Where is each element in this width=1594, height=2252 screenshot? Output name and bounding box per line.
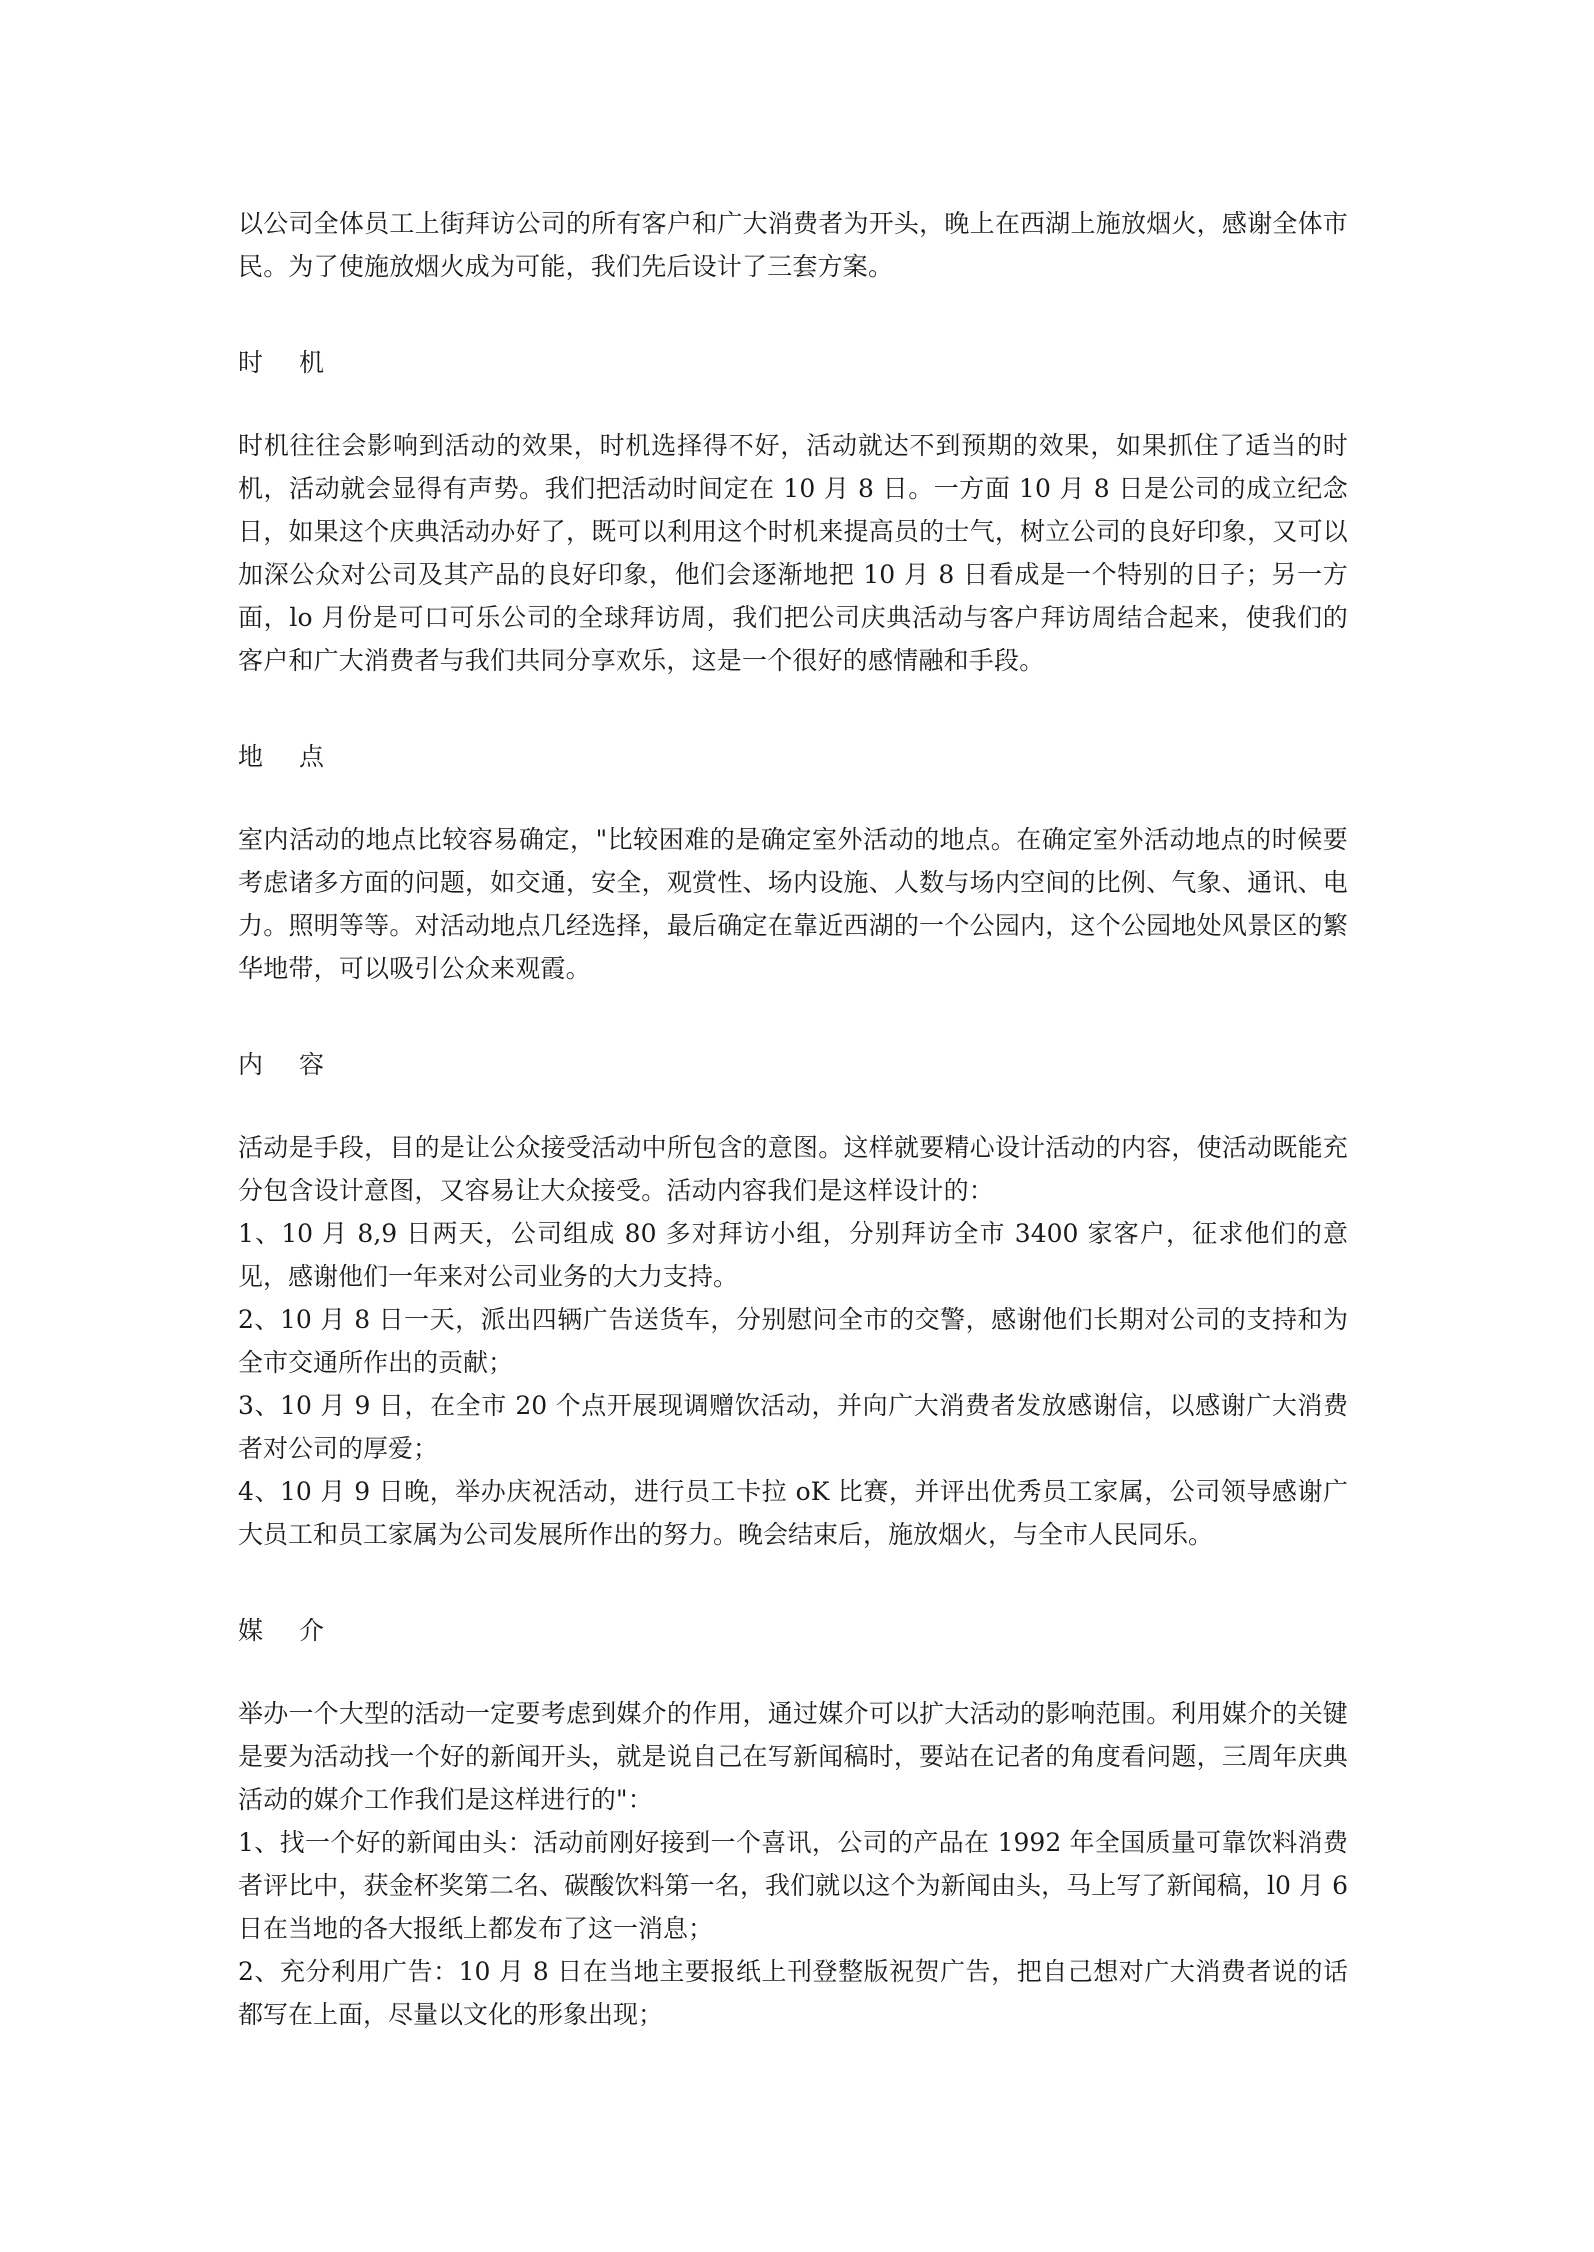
- section-heading: 时 机: [238, 341, 1348, 384]
- section-paragraph: 时机往往会影响到活动的效果，时机选择得不好，活动就达不到预期的效果，如果抓住了适…: [238, 424, 1348, 682]
- list-item: 2、充分利用广告：10 月 8 日在当地主要报纸上刊登整版祝贺广告，把自己想对广…: [238, 1950, 1348, 2036]
- section-paragraph: 活动是手段，目的是让公众接受活动中所包含的意图。这样就要精心设计活动的内容，使活…: [238, 1126, 1348, 1212]
- list-item: 4、10 月 9 日晚，举办庆祝活动，进行员工卡拉 oK 比赛，并评出优秀员工家…: [238, 1470, 1348, 1556]
- section-heading: 媒 介: [238, 1609, 1348, 1652]
- section-heading: 地 点: [238, 735, 1348, 778]
- list-item: 3、10 月 9 日，在全市 20 个点开展现调赠饮活动，并向广大消费者发放感谢…: [238, 1384, 1348, 1470]
- list-item: 1、10 月 8,9 日两天，公司组成 80 多对拜访小组，分别拜访全市 340…: [238, 1212, 1348, 1298]
- section-paragraph: 举办一个大型的活动一定要考虑到媒介的作用，通过媒介可以扩大活动的影响范围。利用媒…: [238, 1692, 1348, 1821]
- list-item: 1、找一个好的新闻由头：活动前刚好接到一个喜讯，公司的产品在 1992 年全国质…: [238, 1821, 1348, 1950]
- section-media: 媒 介 举办一个大型的活动一定要考虑到媒介的作用，通过媒介可以扩大活动的影响范围…: [238, 1609, 1348, 2036]
- intro-paragraph: 以公司全体员工上街拜访公司的所有客户和广大消费者为开头，晚上在西湖上施放烟火，感…: [238, 202, 1348, 288]
- section-content: 内 容 活动是手段，目的是让公众接受活动中所包含的意图。这样就要精心设计活动的内…: [238, 1043, 1348, 1556]
- document-page: 以公司全体员工上街拜访公司的所有客户和广大消费者为开头，晚上在西湖上施放烟火，感…: [238, 202, 1348, 2036]
- section-location: 地 点 室内活动的地点比较容易确定，"比较困难的是确定室外活动的地点。在确定室外…: [238, 735, 1348, 990]
- list-item: 2、10 月 8 日一天，派出四辆广告送货车，分别慰问全市的交警，感谢他们长期对…: [238, 1298, 1348, 1384]
- section-paragraph: 室内活动的地点比较容易确定，"比较困难的是确定室外活动的地点。在确定室外活动地点…: [238, 818, 1348, 990]
- section-heading: 内 容: [238, 1043, 1348, 1086]
- section-timing: 时 机 时机往往会影响到活动的效果，时机选择得不好，活动就达不到预期的效果，如果…: [238, 341, 1348, 682]
